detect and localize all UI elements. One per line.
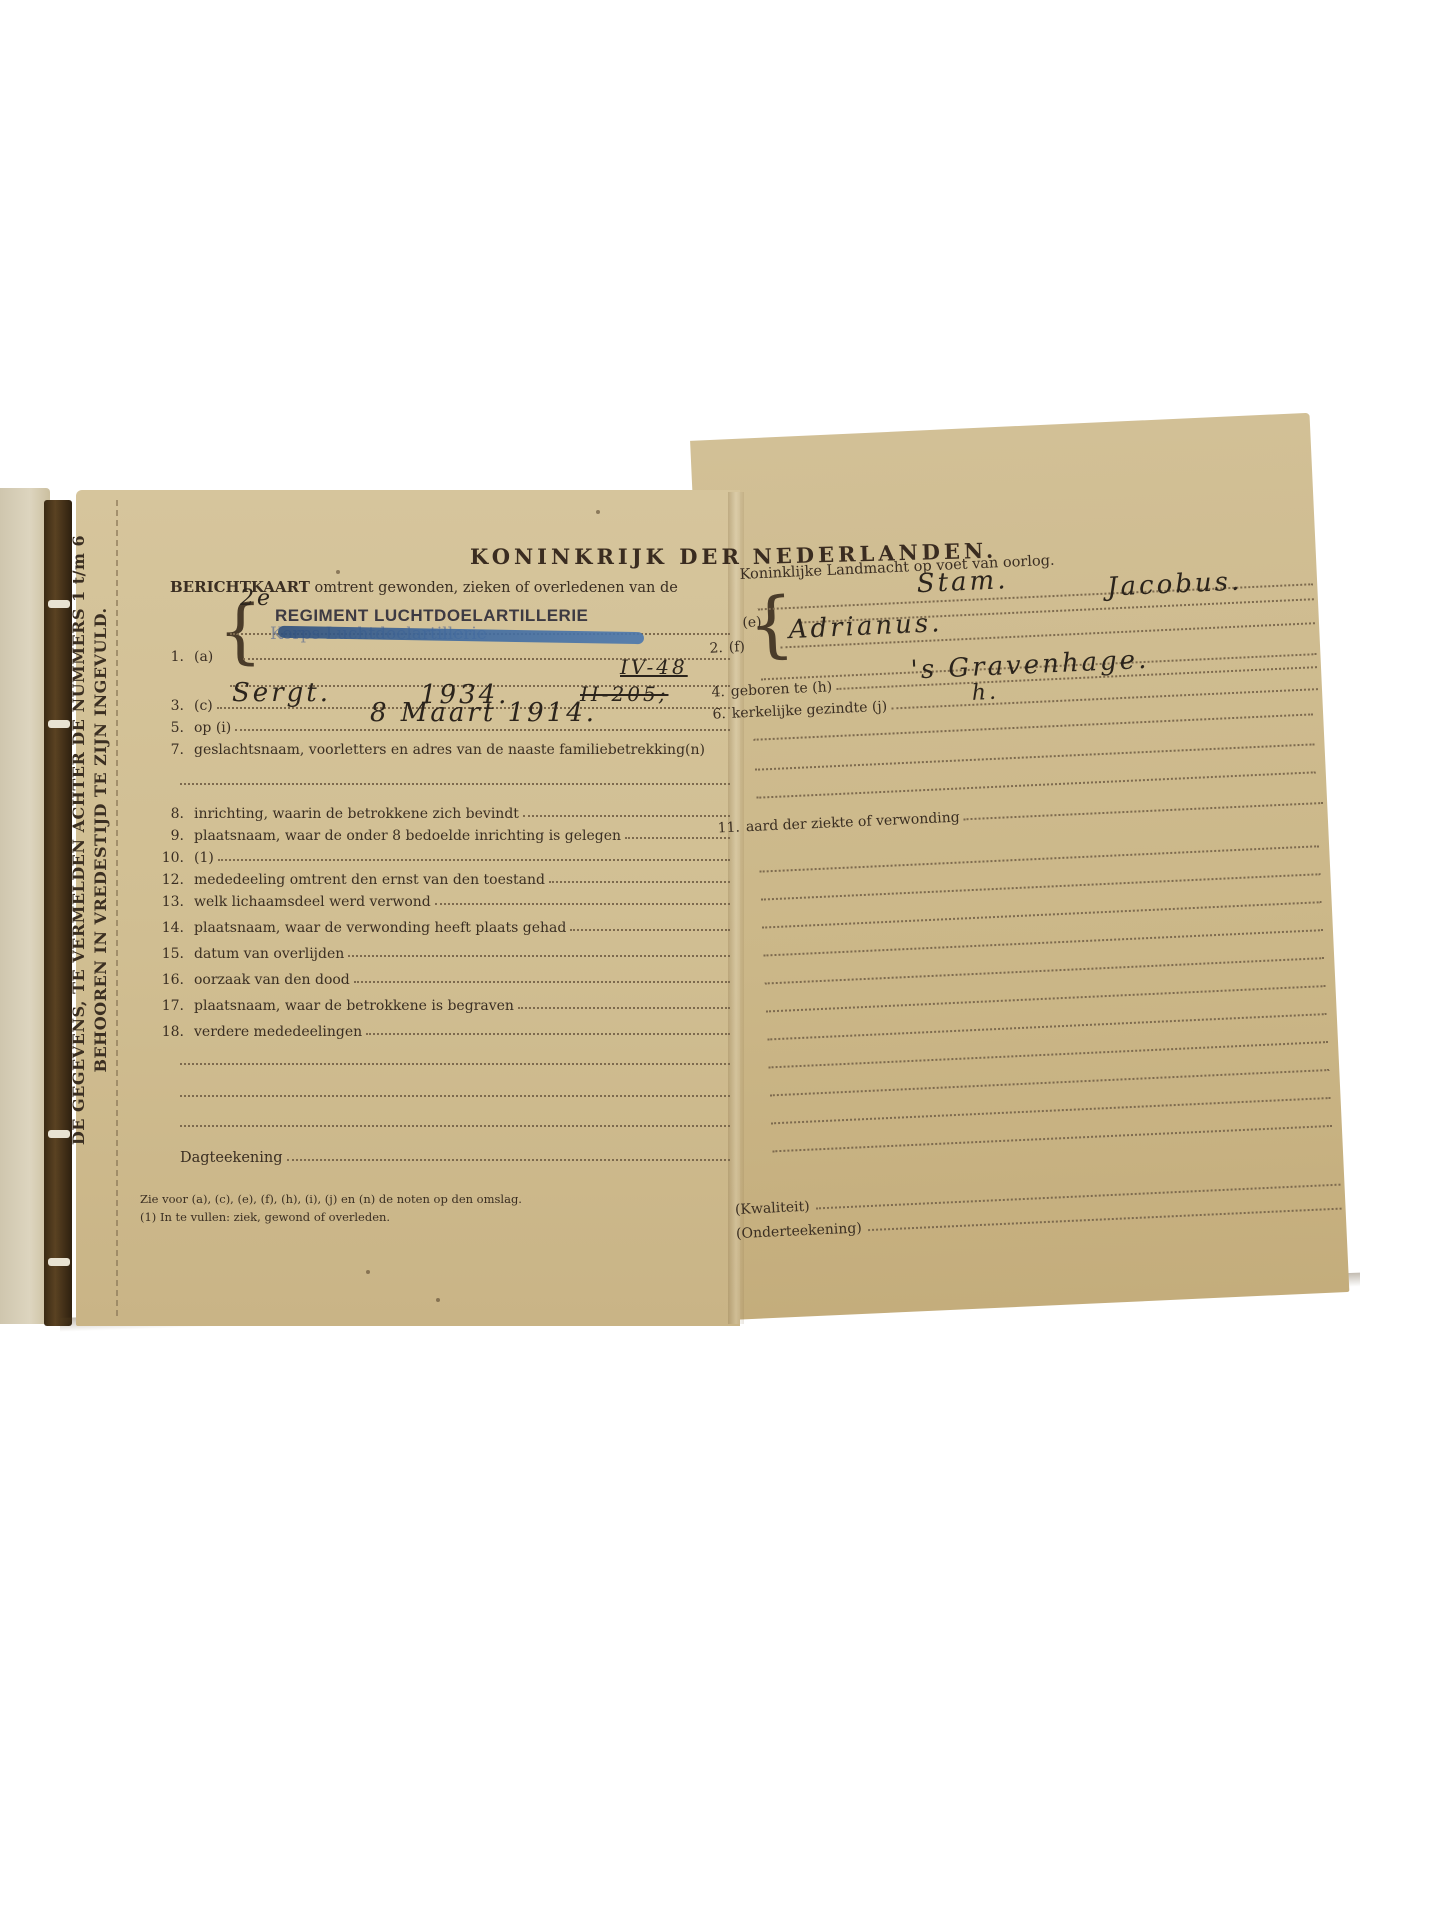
field-18[interactable]: 18. verdere mededeelingen (150, 1018, 730, 1040)
title-part1: KONINKRIJK DER (470, 544, 743, 569)
right-line[interactable] (766, 985, 1326, 1012)
right-line[interactable] (756, 771, 1316, 798)
handwritten-religion: h. (971, 680, 999, 706)
field-10[interactable]: 10. (1) (150, 844, 730, 866)
field-9[interactable]: 9. plaatsnaam, waar de onder 8 bedoelde … (150, 822, 730, 844)
right-line[interactable] (770, 1069, 1330, 1096)
intro-text-left: omtrent gewonden, zieken of overledenen … (315, 580, 678, 596)
unit-stamp: REGIMENT LUCHTDOELARTILLERIE (275, 606, 588, 626)
right-line[interactable] (771, 1097, 1331, 1124)
vertical-note: DE GEGEVENS, TE VERMELDEN ACHTER DE NUMM… (68, 510, 112, 1170)
field-18-line2[interactable] (180, 1048, 730, 1070)
footnote-1: Zie voor (a), (c), (e), (f), (h), (i), (… (140, 1192, 522, 1206)
previous-page-edge (0, 488, 50, 1324)
right-line[interactable] (762, 901, 1322, 928)
right-line[interactable] (769, 1041, 1329, 1068)
vertical-note-line1: DE GEGEVENS, TE VERMELDEN ACHTER DE NUMM… (68, 510, 90, 1170)
field-7-line2[interactable] (180, 768, 730, 790)
right-line[interactable] (761, 873, 1321, 900)
binding-stitch (48, 600, 70, 608)
field-16[interactable]: 16. oorzaak van den dood (150, 966, 730, 988)
field-7[interactable]: 7. geslachtsnaam, voorletters en adres v… (150, 736, 730, 758)
right-page-fields: { (e) 2. (f) 4. geboren te (h) 6. kerkel… (700, 413, 1359, 1320)
field-18-line3[interactable] (180, 1080, 730, 1102)
handwritten-surname: Stam. (916, 565, 1009, 599)
field-17[interactable]: 17. plaatsnaam, waar de betrokkene is be… (150, 992, 730, 1014)
handwritten-birth-date: 8 Maart 1914. (370, 698, 597, 728)
right-line[interactable] (755, 743, 1315, 770)
handwritten-unit-number: IV-48 (620, 655, 688, 679)
field-8[interactable]: 8. inrichting, waarin de betrokkene zich… (150, 800, 730, 822)
field-14[interactable]: 14. plaatsnaam, waar de verwonding heeft… (150, 914, 730, 936)
right-line[interactable] (772, 1125, 1332, 1152)
binding-stitch (48, 1130, 70, 1138)
handwritten-unit-prefix: 2e (240, 586, 273, 611)
binding-stitch (48, 720, 70, 728)
right-line[interactable] (765, 957, 1325, 984)
vertical-note-line2: BEHOOREN IN VREDESTIJD TE ZIJN INGEVULD. (90, 510, 112, 1170)
right-line[interactable] (754, 713, 1314, 740)
right-line[interactable] (767, 1013, 1327, 1040)
right-line[interactable] (763, 929, 1323, 956)
field-12[interactable]: 12. mededeeling omtrent den ernst van de… (150, 866, 730, 888)
binding-stitch (48, 1258, 70, 1266)
right-line[interactable] (760, 845, 1320, 872)
field-18-line4[interactable] (180, 1110, 730, 1132)
field-15[interactable]: 15. datum van overlijden (150, 940, 730, 962)
handwritten-rank: Sergt. (232, 678, 331, 708)
dagteekening-field[interactable]: Dagteekening (180, 1144, 730, 1166)
field-11[interactable]: 11. aard der ziekte of verwonding (717, 793, 1323, 836)
perforation-line (116, 500, 118, 1316)
handwritten-first-name-1: Jacobus. (1106, 566, 1242, 602)
field-13[interactable]: 13. welk lichaamsdeel werd verwond (150, 888, 730, 910)
footnote-2: (1) In te vullen: ziek, gewond of overle… (140, 1210, 390, 1224)
